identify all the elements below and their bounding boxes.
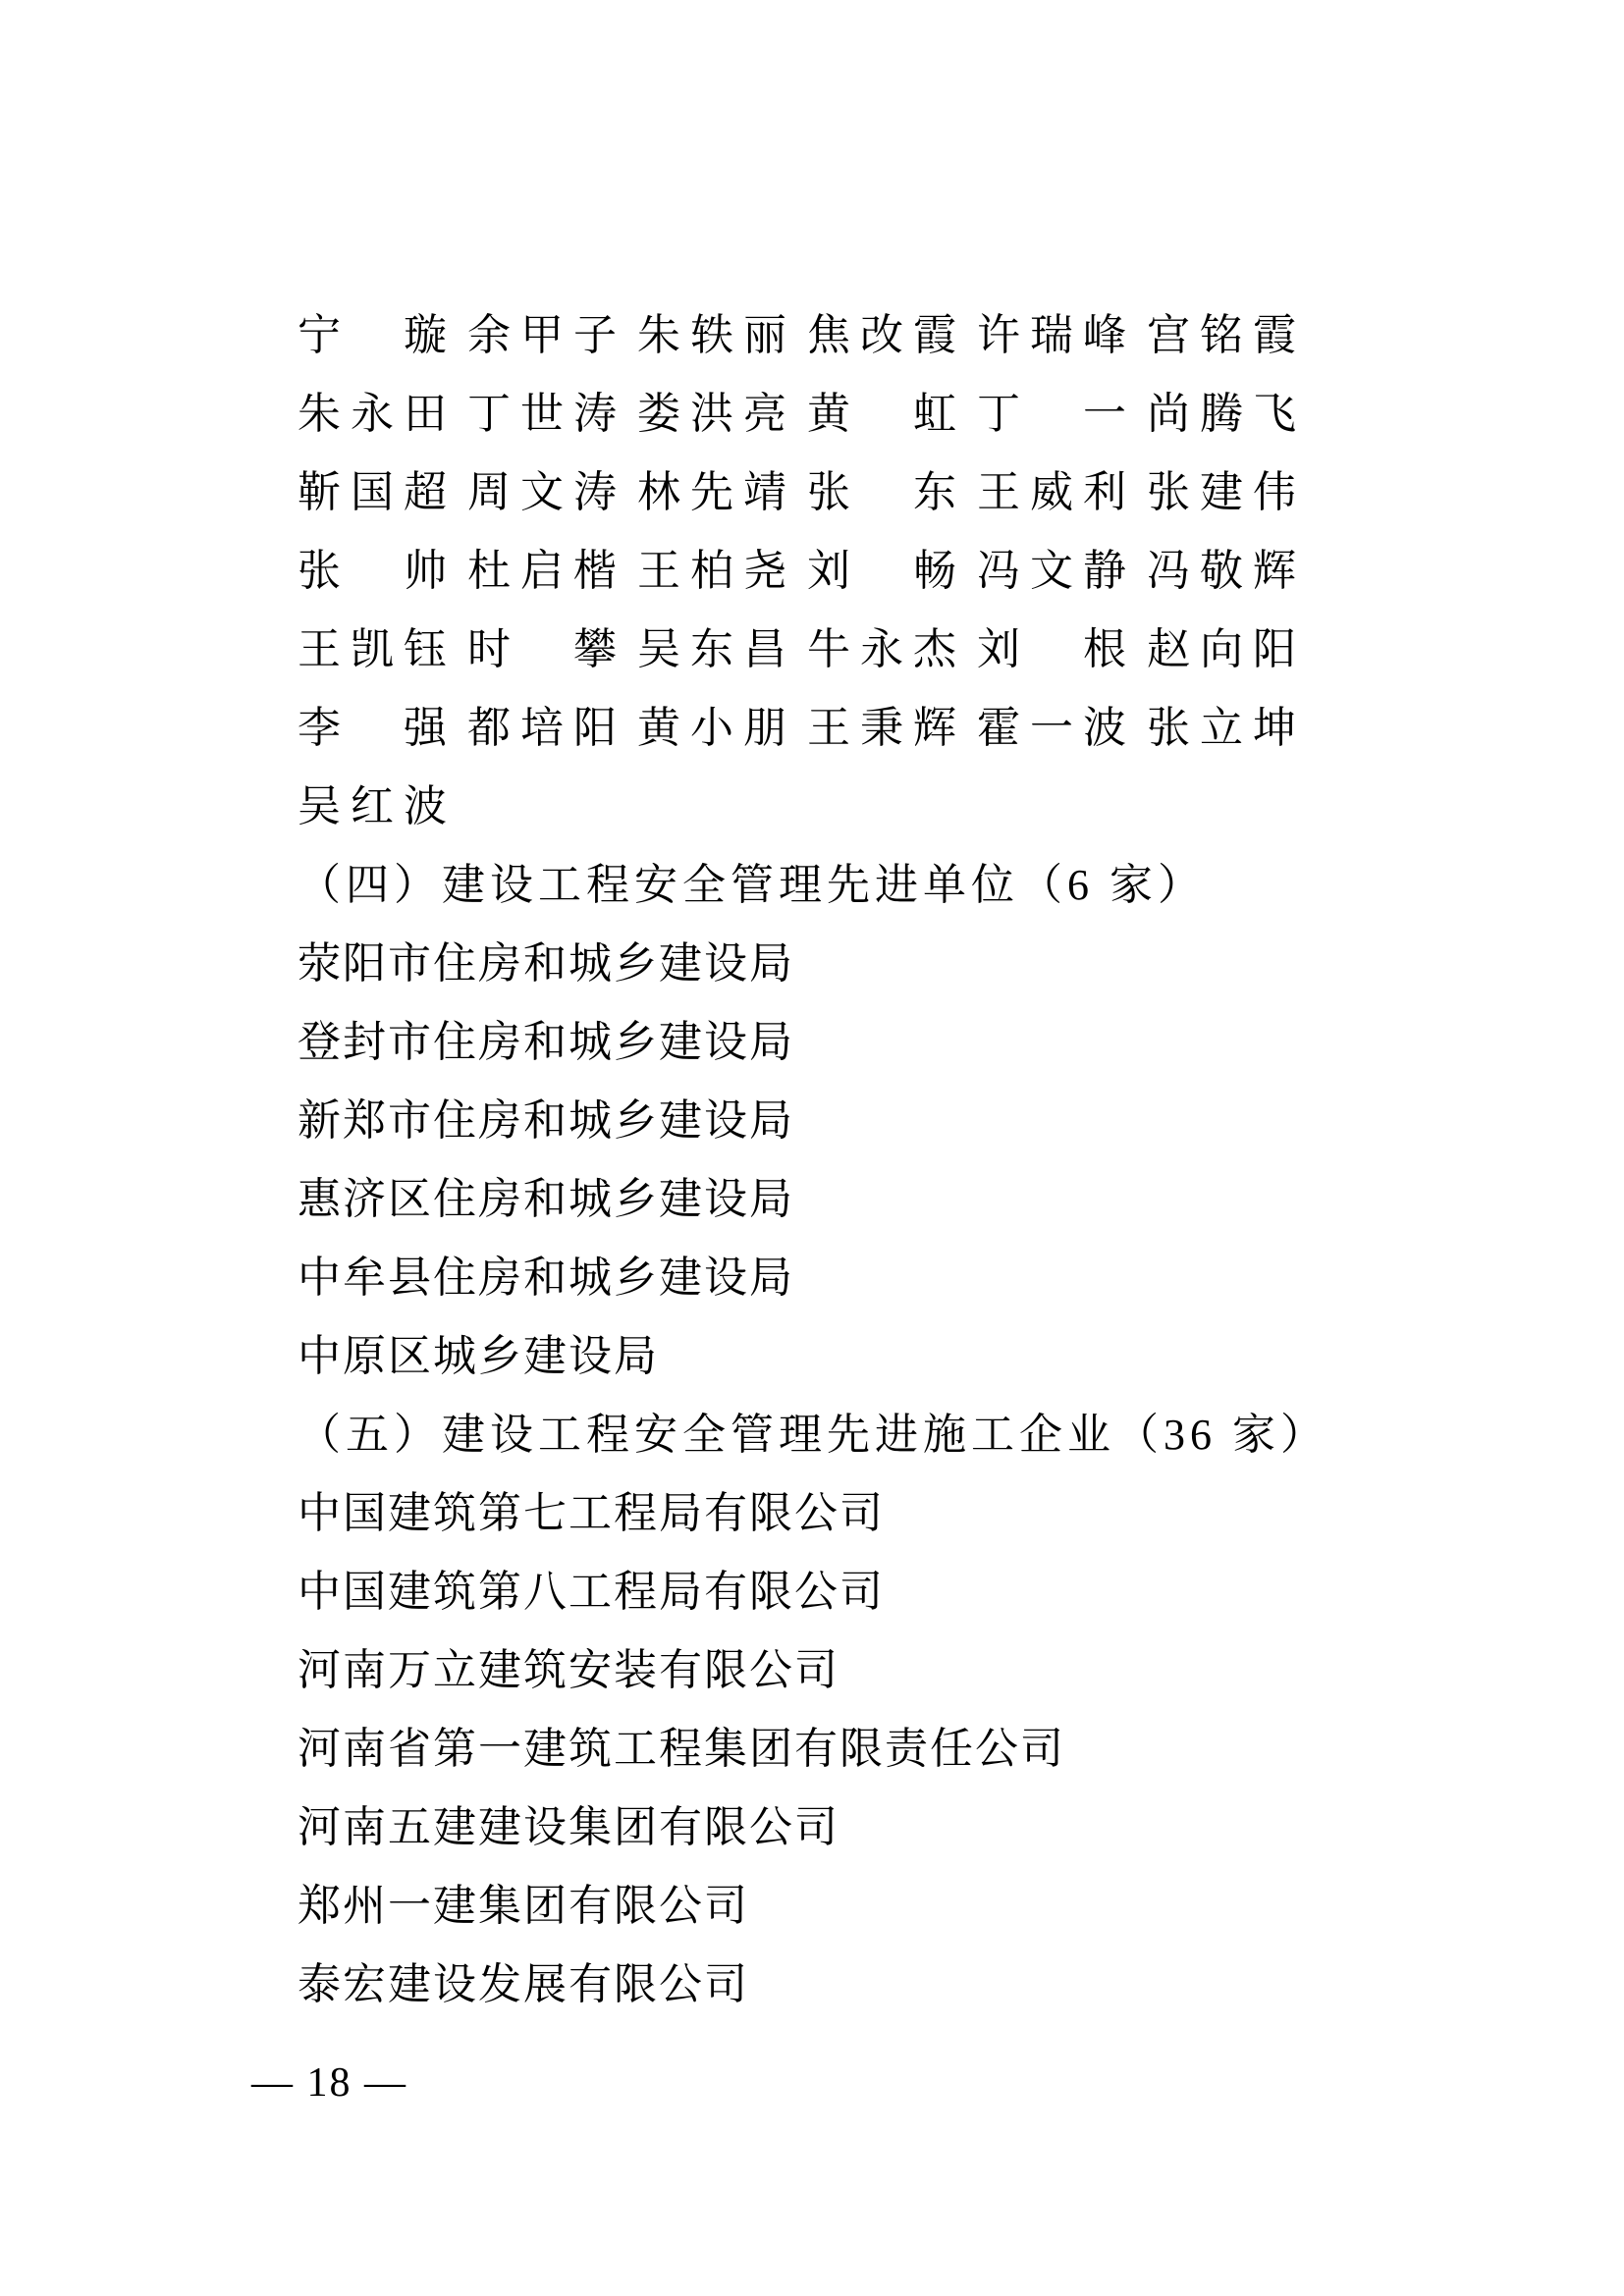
awardee-name: 娄洪亮 (637, 375, 786, 454)
awardee-name: 林先靖 (637, 454, 786, 532)
awardee-name: 丁世涛 (467, 375, 617, 454)
section-four-item: 荥阳市住房和城乡建设局 (298, 925, 1299, 1003)
document-page: 宁璇 余甲子 朱轶丽 焦改霞 许瑞峰 宫铭霞 朱永田 丁世涛 娄洪亮 黄虹 丁一… (0, 0, 1624, 2296)
awardee-name: 周文涛 (467, 454, 617, 532)
section-five-item: 中国建筑第七工程局有限公司 (298, 1474, 1299, 1553)
awardee-name: 刘根 (977, 611, 1126, 689)
awardee-names-row: 王凯钰 时攀 吴东昌 牛永杰 刘根 赵向阳 (298, 611, 1299, 689)
page-number: — 18 — (251, 2061, 407, 2105)
section-four-item: 登封市住房和城乡建设局 (298, 1003, 1299, 1082)
awardee-name: 朱永田 (298, 375, 447, 454)
awardee-names-row: 吴红波 (298, 768, 1299, 846)
awardee-name: 王威利 (977, 454, 1126, 532)
awardee-name: 李强 (298, 689, 447, 768)
awardee-name: 牛永杰 (807, 611, 956, 689)
section-five-item: 泰宏建设发展有限公司 (298, 1946, 1299, 2024)
awardee-name: 焦改霞 (807, 296, 956, 375)
awardee-names-row: 宁璇 余甲子 朱轶丽 焦改霞 许瑞峰 宫铭霞 (298, 296, 1299, 375)
awardee-name: 张建伟 (1147, 454, 1296, 532)
awardee-names-row: 张帅 杜启楷 王柏尧 刘畅 冯文静 冯敬辉 (298, 532, 1299, 611)
section-five-item: 郑州一建集团有限公司 (298, 1867, 1299, 1946)
section-five-heading: （五）建设工程安全管理先进施工企业（36 家） (298, 1396, 1299, 1474)
section-five-item: 河南省第一建筑工程集团有限责任公司 (298, 1710, 1299, 1789)
awardee-names-row: 靳国超 周文涛 林先靖 张东 王威利 张建伟 (298, 454, 1299, 532)
awardee-name: 吴东昌 (637, 611, 786, 689)
awardee-name: 张东 (807, 454, 956, 532)
awardee-name: 时攀 (467, 611, 617, 689)
section-four-heading: （四）建设工程安全管理先进单位（6 家） (298, 846, 1299, 925)
awardee-name: 黄虹 (807, 375, 956, 454)
awardee-name: 王秉辉 (807, 689, 956, 768)
awardee-name: 吴红波 (298, 768, 447, 846)
awardee-name: 冯文静 (977, 532, 1126, 611)
awardee-name: 宫铭霞 (1147, 296, 1296, 375)
section-four-item: 中牟县住房和城乡建设局 (298, 1239, 1299, 1317)
section-four-item: 新郑市住房和城乡建设局 (298, 1082, 1299, 1160)
section-four-item: 惠济区住房和城乡建设局 (298, 1160, 1299, 1239)
awardee-names-row: 朱永田 丁世涛 娄洪亮 黄虹 丁一 尚腾飞 (298, 375, 1299, 454)
awardee-name: 赵向阳 (1147, 611, 1296, 689)
section-five-item: 河南万立建筑安装有限公司 (298, 1631, 1299, 1710)
section-five-item: 河南五建建设集团有限公司 (298, 1789, 1299, 1867)
awardee-name: 朱轶丽 (637, 296, 786, 375)
awardee-name: 许瑞峰 (977, 296, 1126, 375)
awardee-name: 余甲子 (467, 296, 617, 375)
section-five-item: 中国建筑第八工程局有限公司 (298, 1553, 1299, 1631)
awardee-name: 都培阳 (467, 689, 617, 768)
section-four-item: 中原区城乡建设局 (298, 1317, 1299, 1396)
awardee-name: 王柏尧 (637, 532, 786, 611)
awardee-name: 冯敬辉 (1147, 532, 1296, 611)
awardee-name: 丁一 (977, 375, 1126, 454)
awardee-name: 杜启楷 (467, 532, 617, 611)
awardee-name: 张立坤 (1147, 689, 1296, 768)
awardee-names-row: 李强 都培阳 黄小朋 王秉辉 霍一波 张立坤 (298, 689, 1299, 768)
document-body: 宁璇 余甲子 朱轶丽 焦改霞 许瑞峰 宫铭霞 朱永田 丁世涛 娄洪亮 黄虹 丁一… (298, 296, 1299, 2024)
awardee-name: 靳国超 (298, 454, 447, 532)
awardee-name: 张帅 (298, 532, 447, 611)
awardee-name: 尚腾飞 (1147, 375, 1296, 454)
awardee-name: 黄小朋 (637, 689, 786, 768)
awardee-name: 刘畅 (807, 532, 956, 611)
awardee-name: 宁璇 (298, 296, 447, 375)
awardee-name: 王凯钰 (298, 611, 447, 689)
awardee-name: 霍一波 (977, 689, 1126, 768)
